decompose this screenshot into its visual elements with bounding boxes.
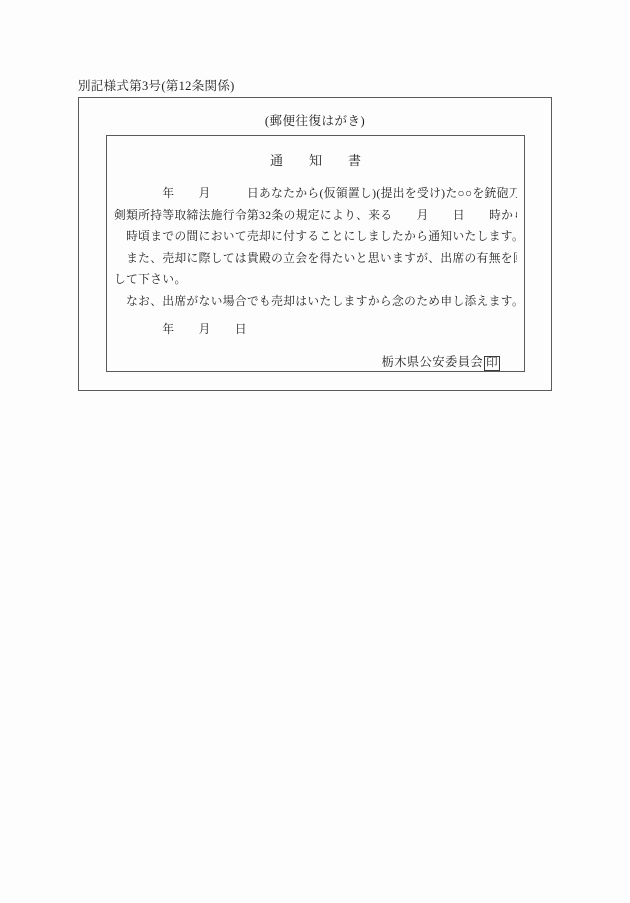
notice-body: 年 月 日あなたから(仮領置し)(提出を受け)た○○を銃砲刀 剣類所持等取締法施… bbox=[107, 183, 524, 312]
issuer-name: 栃木県公安委員会 bbox=[382, 355, 484, 369]
postcard-type-label: (郵便往復はがき) bbox=[79, 111, 551, 129]
postcard-frame: (郵便往復はがき) 通 知 書 年 月 日あなたから(仮領置し)(提出を受け)た… bbox=[78, 97, 552, 391]
document-page: 別記様式第3号(第12条関係) (郵便往復はがき) 通 知 書 年 月 日あなた… bbox=[0, 0, 630, 903]
notice-frame: 通 知 書 年 月 日あなたから(仮領置し)(提出を受け)た○○を銃砲刀 剣類所… bbox=[106, 135, 525, 372]
notice-title: 通 知 書 bbox=[107, 150, 524, 169]
signature-line: 栃木県公安委員会印 bbox=[107, 352, 524, 371]
form-number-label: 別記様式第3号(第12条関係) bbox=[78, 76, 235, 94]
body-line-3: 時頃までの間において売却に付することにしましたから通知いたします。 bbox=[114, 226, 517, 248]
body-line-2: 剣類所持等取締法施行令第32条の規定により、来る 月 日 時から bbox=[114, 205, 517, 227]
seal-placeholder: 印 bbox=[484, 356, 500, 371]
body-line-1: 年 月 日あなたから(仮領置し)(提出を受け)た○○を銃砲刀 bbox=[114, 183, 517, 205]
date-line: 年 月 日 bbox=[107, 321, 524, 337]
body-line-6: なお、出席がない場合でも売却はいたしますから念のため申し添えます。 bbox=[114, 291, 517, 313]
body-line-4: また、売却に際しては貴殿の立会を得たいと思いますが、出席の有無を回答 bbox=[114, 248, 517, 270]
body-line-5: して下さい。 bbox=[114, 269, 517, 291]
